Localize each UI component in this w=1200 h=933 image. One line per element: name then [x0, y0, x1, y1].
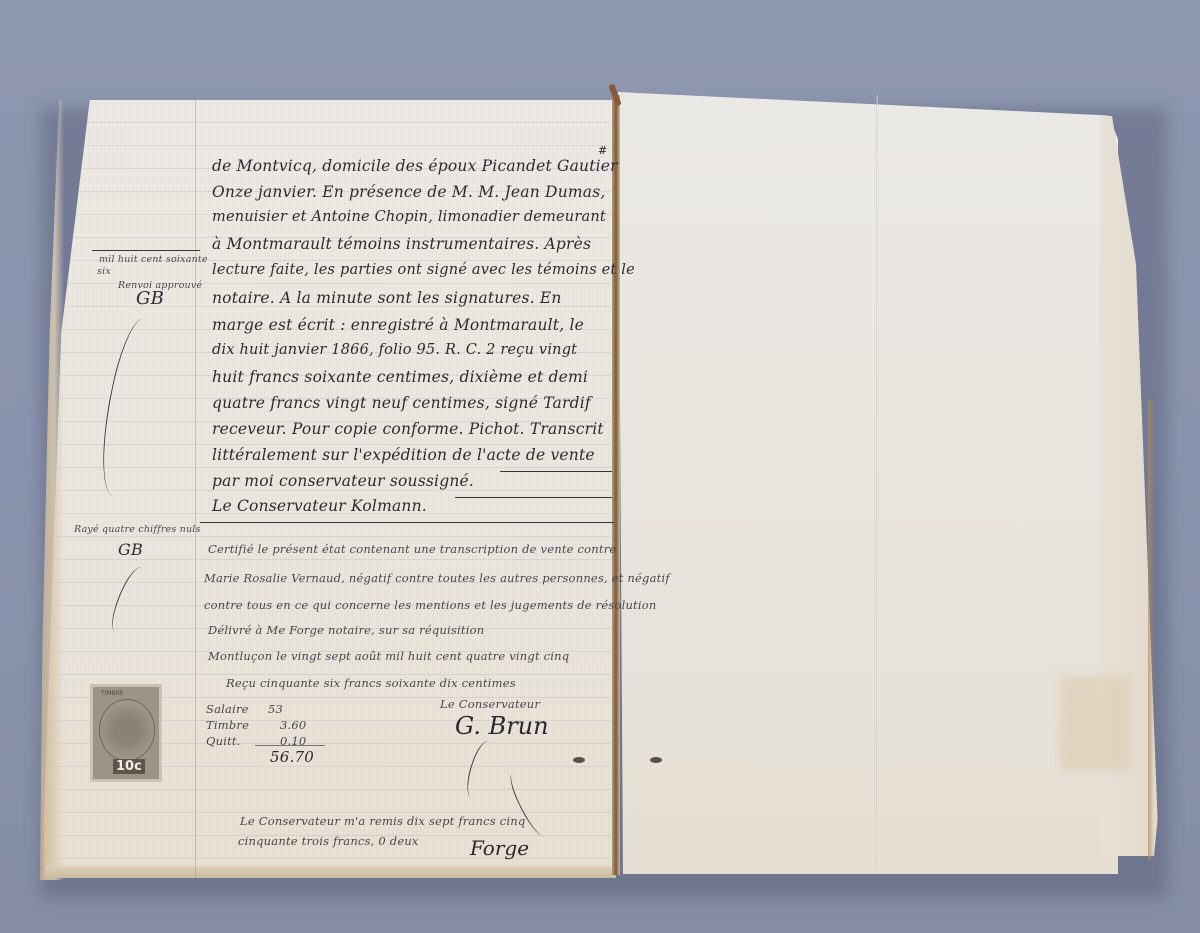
conservator-label: Le Conservateur [440, 697, 540, 711]
text-line: littéralement sur l'expédition de l'acte… [212, 446, 595, 464]
revenue-stamp: TIMBRE 10c [90, 684, 162, 782]
certificate-line: Marie Rosalie Vernaud, négatif contre to… [204, 571, 670, 585]
text-line: receveur. Pour copie conforme. Pichot. T… [212, 420, 604, 438]
bottom-note-line: Le Conservateur m'a remis dix sept franc… [240, 814, 525, 828]
corner-mark: # [598, 144, 607, 157]
section-divider [200, 522, 614, 523]
binding-spine [612, 95, 620, 875]
margin-note: Rayé quatre chiffres nuls [74, 524, 201, 535]
bottom-signature: Forge [470, 836, 529, 860]
text-line: quatre francs vingt neuf centimes, signé… [212, 394, 591, 412]
punch-hole-right [650, 757, 662, 763]
text-line: par moi conservateur soussigné. [212, 472, 474, 490]
fee-total: 56.70 [270, 748, 314, 766]
margin-initials: GB [136, 288, 164, 309]
closing-rule [455, 497, 612, 498]
price-line: Reçu cinquante six francs soixante dix c… [226, 676, 516, 690]
stamp-value: 10c [113, 759, 145, 774]
margin-note: mil huit cent soixante [99, 254, 208, 265]
fee-amount: 53 [268, 702, 283, 716]
text-line: dix huit janvier 1866, folio 95. R. C. 2… [212, 342, 577, 358]
right-page-edge-stain [1148, 400, 1154, 860]
certificate-line: Certifié le présent état contenant une t… [208, 542, 616, 556]
fee-label: Quitt. [206, 734, 241, 748]
margin-note-rule [92, 250, 200, 251]
margin-initials: GB [118, 540, 143, 559]
margin-note: six [97, 266, 111, 277]
right-page-fold-crease [876, 95, 878, 870]
fee-total-rule [255, 745, 325, 746]
text-line: Onze janvier. En présence de M. M. Jean … [212, 183, 606, 201]
certificate-line: contre tous en ce qui concerne les menti… [204, 598, 656, 612]
text-line: de Montvicq, domicile des époux Picandet… [212, 157, 618, 175]
bottom-note-line: cinquante trois francs, 0 deux [238, 834, 419, 848]
stamp-caption: TIMBRE [101, 690, 124, 697]
certificate-line: Délivré à Me Forge notaire, sur sa réqui… [208, 623, 484, 637]
closing-rule [500, 471, 612, 472]
conservator-signature: G. Brun [455, 712, 549, 740]
fee-label: Timbre [206, 718, 249, 732]
text-line: notaire. A la minute sont les signatures… [212, 289, 562, 307]
punch-hole-left [573, 757, 585, 763]
right-page [618, 92, 1118, 874]
text-line: Le Conservateur Kolmann. [212, 497, 427, 515]
certificate-line: Montluçon le vingt sept août mil huit ce… [208, 649, 569, 663]
text-line: marge est écrit : enregistré à Montmarau… [212, 316, 584, 334]
fee-label: Salaire [206, 702, 249, 716]
text-line: huit francs soixante centimes, dixième e… [212, 368, 588, 386]
stamp-portrait-medallion [99, 699, 155, 761]
right-page-stain [1060, 675, 1130, 770]
margin-rule [195, 100, 196, 878]
left-page-bottom-edge [46, 866, 616, 878]
text-line: menuisier et Antoine Chopin, limonadier … [212, 209, 606, 225]
fee-amount: 3.60 [280, 718, 306, 732]
text-line: à Montmarault témoins instrumentaires. A… [212, 235, 591, 253]
text-line: lecture faite, les parties ont signé ave… [212, 262, 635, 278]
